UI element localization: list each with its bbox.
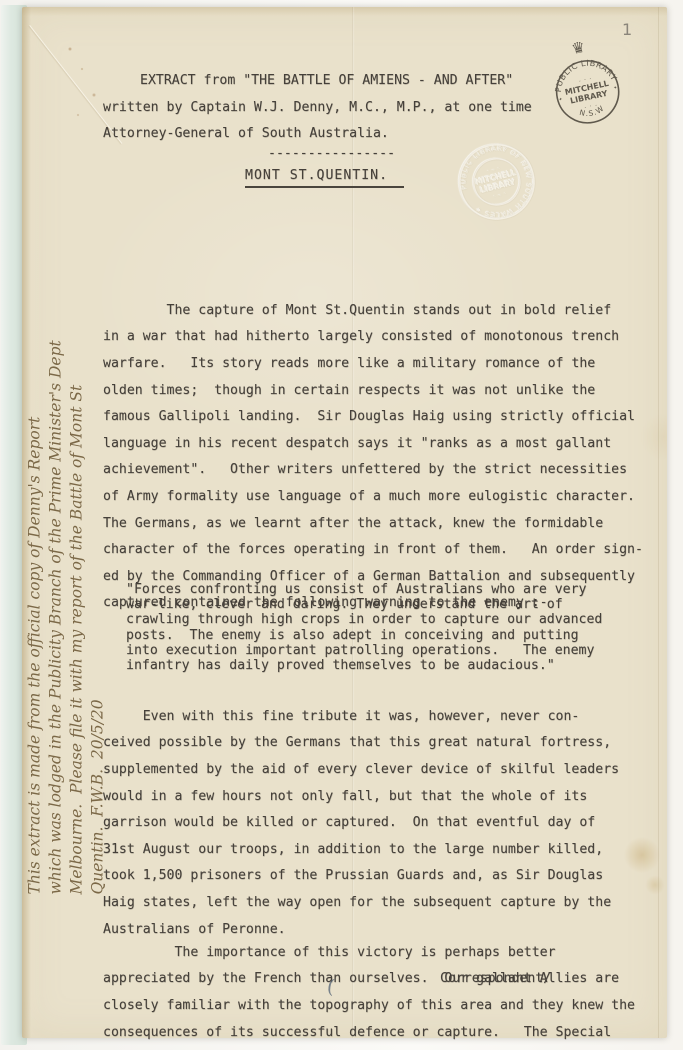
text-line: olden times; though in certain respects … <box>103 378 643 405</box>
text-line: would in a few hours not only fall, but … <box>103 784 619 811</box>
text-line: The capture of Mont St.Quentin stands ou… <box>103 298 643 325</box>
text-line: famous Gallipoli landing. Sir Douglas Ha… <box>103 404 643 431</box>
quote-line: "Forces confronting us consist of Austra… <box>126 582 602 597</box>
text-line: of Army formality use language of a much… <box>103 484 643 511</box>
text-line: closely familiar with the topography of … <box>103 993 635 1020</box>
text-line: warfare. Its story reads more like a mil… <box>103 351 643 378</box>
star-ornament-left: ✦ <box>558 95 563 103</box>
marginalia-line: which was lodged in the Publicity Branch… <box>46 160 67 895</box>
marginalia-line: This extract is made from the official c… <box>25 160 46 895</box>
text-line: consequences of its successful defence o… <box>103 1020 635 1047</box>
text-line: Even with this fine tribute it was, howe… <box>103 704 619 731</box>
marginalia-line: Melbourne. Please file it with my report… <box>67 160 88 895</box>
text-line: achievement". Other writers unfettered b… <box>103 457 643 484</box>
text-line: garrison would be killed or captured. On… <box>103 810 619 837</box>
text-line: language in his recent despatch says it … <box>103 431 643 458</box>
section-heading: MONT ST.QUENTIN. <box>245 168 404 188</box>
text-line: The importance of this victory is perhap… <box>103 940 635 967</box>
marginalia-line: Quentin. F.W.B. 20/5/20 <box>88 160 109 895</box>
author-line-2: Attorney-General of South Australia. <box>103 126 389 141</box>
text-line: The Germans, as we learnt after the atta… <box>103 511 643 538</box>
author-line: written by Captain W.J. Denny, M.C., M.P… <box>103 100 532 115</box>
handwritten-marginalia: This extract is made from the official c… <box>25 160 111 895</box>
page-number: 1 <box>622 20 632 39</box>
mitchell-library-ink-stamp: ♛ PUBLIC LIBRARY N.S.W ✦ ✦ - · - MITCHEL… <box>537 30 635 139</box>
title-line: EXTRACT from "THE BATTLE OF AMIENS - AND… <box>140 73 513 88</box>
embossed-rule-bottom: · — · <box>493 192 507 200</box>
text-line: ceived possible by the Germans that this… <box>103 730 619 757</box>
crown-icon: ♛ <box>570 38 587 58</box>
text-line: in a war that had hitherto largely consi… <box>103 324 643 351</box>
right-edge-crease <box>658 7 659 1038</box>
text-line: supplemented by the aid of every clever … <box>103 757 619 784</box>
paragraph-3: The importance of this victory is perhap… <box>103 860 635 1046</box>
text-line: appreciated by the French than ourselves… <box>103 966 635 993</box>
catchword-line: Correspondent/ <box>440 971 551 986</box>
document-page: 1 ♛ PUBLIC LIBRARY N.S.W ✦ ✦ - · - MITCH… <box>22 7 667 1038</box>
divider-dashes: ---------------- <box>268 146 395 161</box>
quote-line: war-like, clever and daring. They unders… <box>126 597 602 612</box>
